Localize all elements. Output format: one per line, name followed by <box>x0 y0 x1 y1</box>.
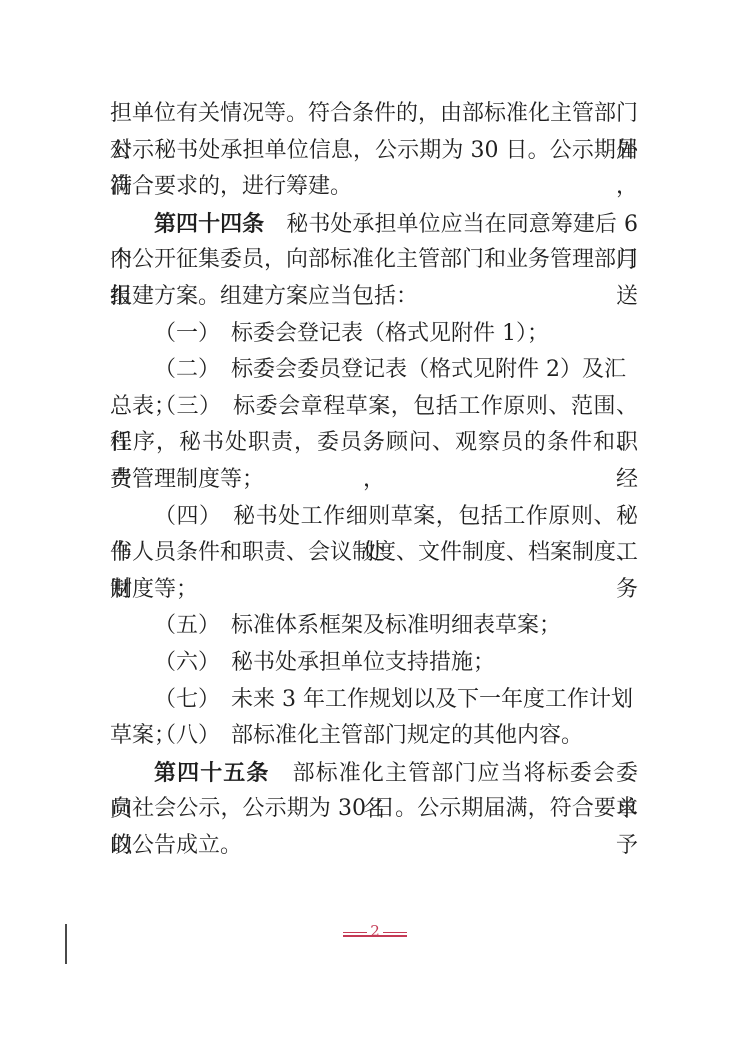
document-page: 担单位有关情况等。符合条件的，由部标准化主管部门对外 公示秘书处承担单位信息，公… <box>0 0 750 1060</box>
article-number-bold: 第四十五条 <box>154 760 270 786</box>
text-line: 作人员条件和职责、会议制度、文件制度、档案制度、财务 <box>110 535 638 572</box>
text-line-item-1: （一） 标委会登记表（格式见附件 1）； <box>110 316 638 353</box>
text-line-item-2: （二） 标委会委员登记表（格式见附件 2）及汇总表； <box>110 352 638 389</box>
text-run: 符合要求的，进行筹建。 <box>110 174 352 199</box>
text-run: （六） 秘书处承担单位支持措施； <box>154 650 495 675</box>
text-line-article-45: 第四十五条 部标准化主管部门应当将标委会委员名单 <box>110 755 638 792</box>
page-number-widget: 2 <box>343 925 407 943</box>
text-line-item-6: （六） 秘书处承担单位支持措施； <box>110 645 638 682</box>
text-line: 公示秘书处承担单位信息，公示期为 30 日。公示期届满， <box>110 133 638 170</box>
text-line-item-8: （八） 部标准化主管部门规定的其他内容。 <box>110 718 638 755</box>
article-number-bold: 第四十四条 <box>154 211 264 237</box>
text-line-item-4: （四） 秘书处工作细则草案，包括工作原则、秘书处工 <box>110 499 638 536</box>
text-line-article-44: 第四十四条 秘书处承担单位应当在同意筹建后 6 个月 <box>110 206 638 243</box>
text-run: （一） 标委会登记表（格式见附件 1）； <box>154 321 549 346</box>
text-line: 向社会公示，公示期为 30 日。公示期届满，符合要求的予 <box>110 791 638 828</box>
text-run: 制度等； <box>110 577 198 602</box>
text-line: 程序，秘书处职责，委员、顾问、观察员的条件和职责，经 <box>110 425 638 462</box>
page-footer: 2 <box>0 925 750 943</box>
text-run: 以公告成立。 <box>110 833 242 858</box>
text-line-item-5: （五） 标准体系框架及标准明细表草案； <box>110 608 638 645</box>
text-run: 费管理制度等； <box>110 467 264 492</box>
text-line: 内公开征集委员，向部标准化主管部门和业务管理部门报送 <box>110 242 638 279</box>
text-line-item-7: （七） 未来 3 年工作规划以及下一年度工作计划草案； <box>110 682 638 719</box>
text-run: （五） 标准体系框架及标准明细表草案； <box>154 613 561 638</box>
text-line-item-3: （三） 标委会章程草案，包括工作原则、范围、任务、 <box>110 389 638 426</box>
text-run: 组建方案。组建方案应当包括： <box>110 284 418 309</box>
page-number: 2 <box>343 922 407 940</box>
text-run: （八） 部标准化主管部门规定的其他内容。 <box>154 723 583 748</box>
text-line: 担单位有关情况等。符合条件的，由部标准化主管部门对外 <box>110 96 638 133</box>
document-body: 担单位有关情况等。符合条件的，由部标准化主管部门对外 公示秘书处承担单位信息，公… <box>110 96 638 864</box>
